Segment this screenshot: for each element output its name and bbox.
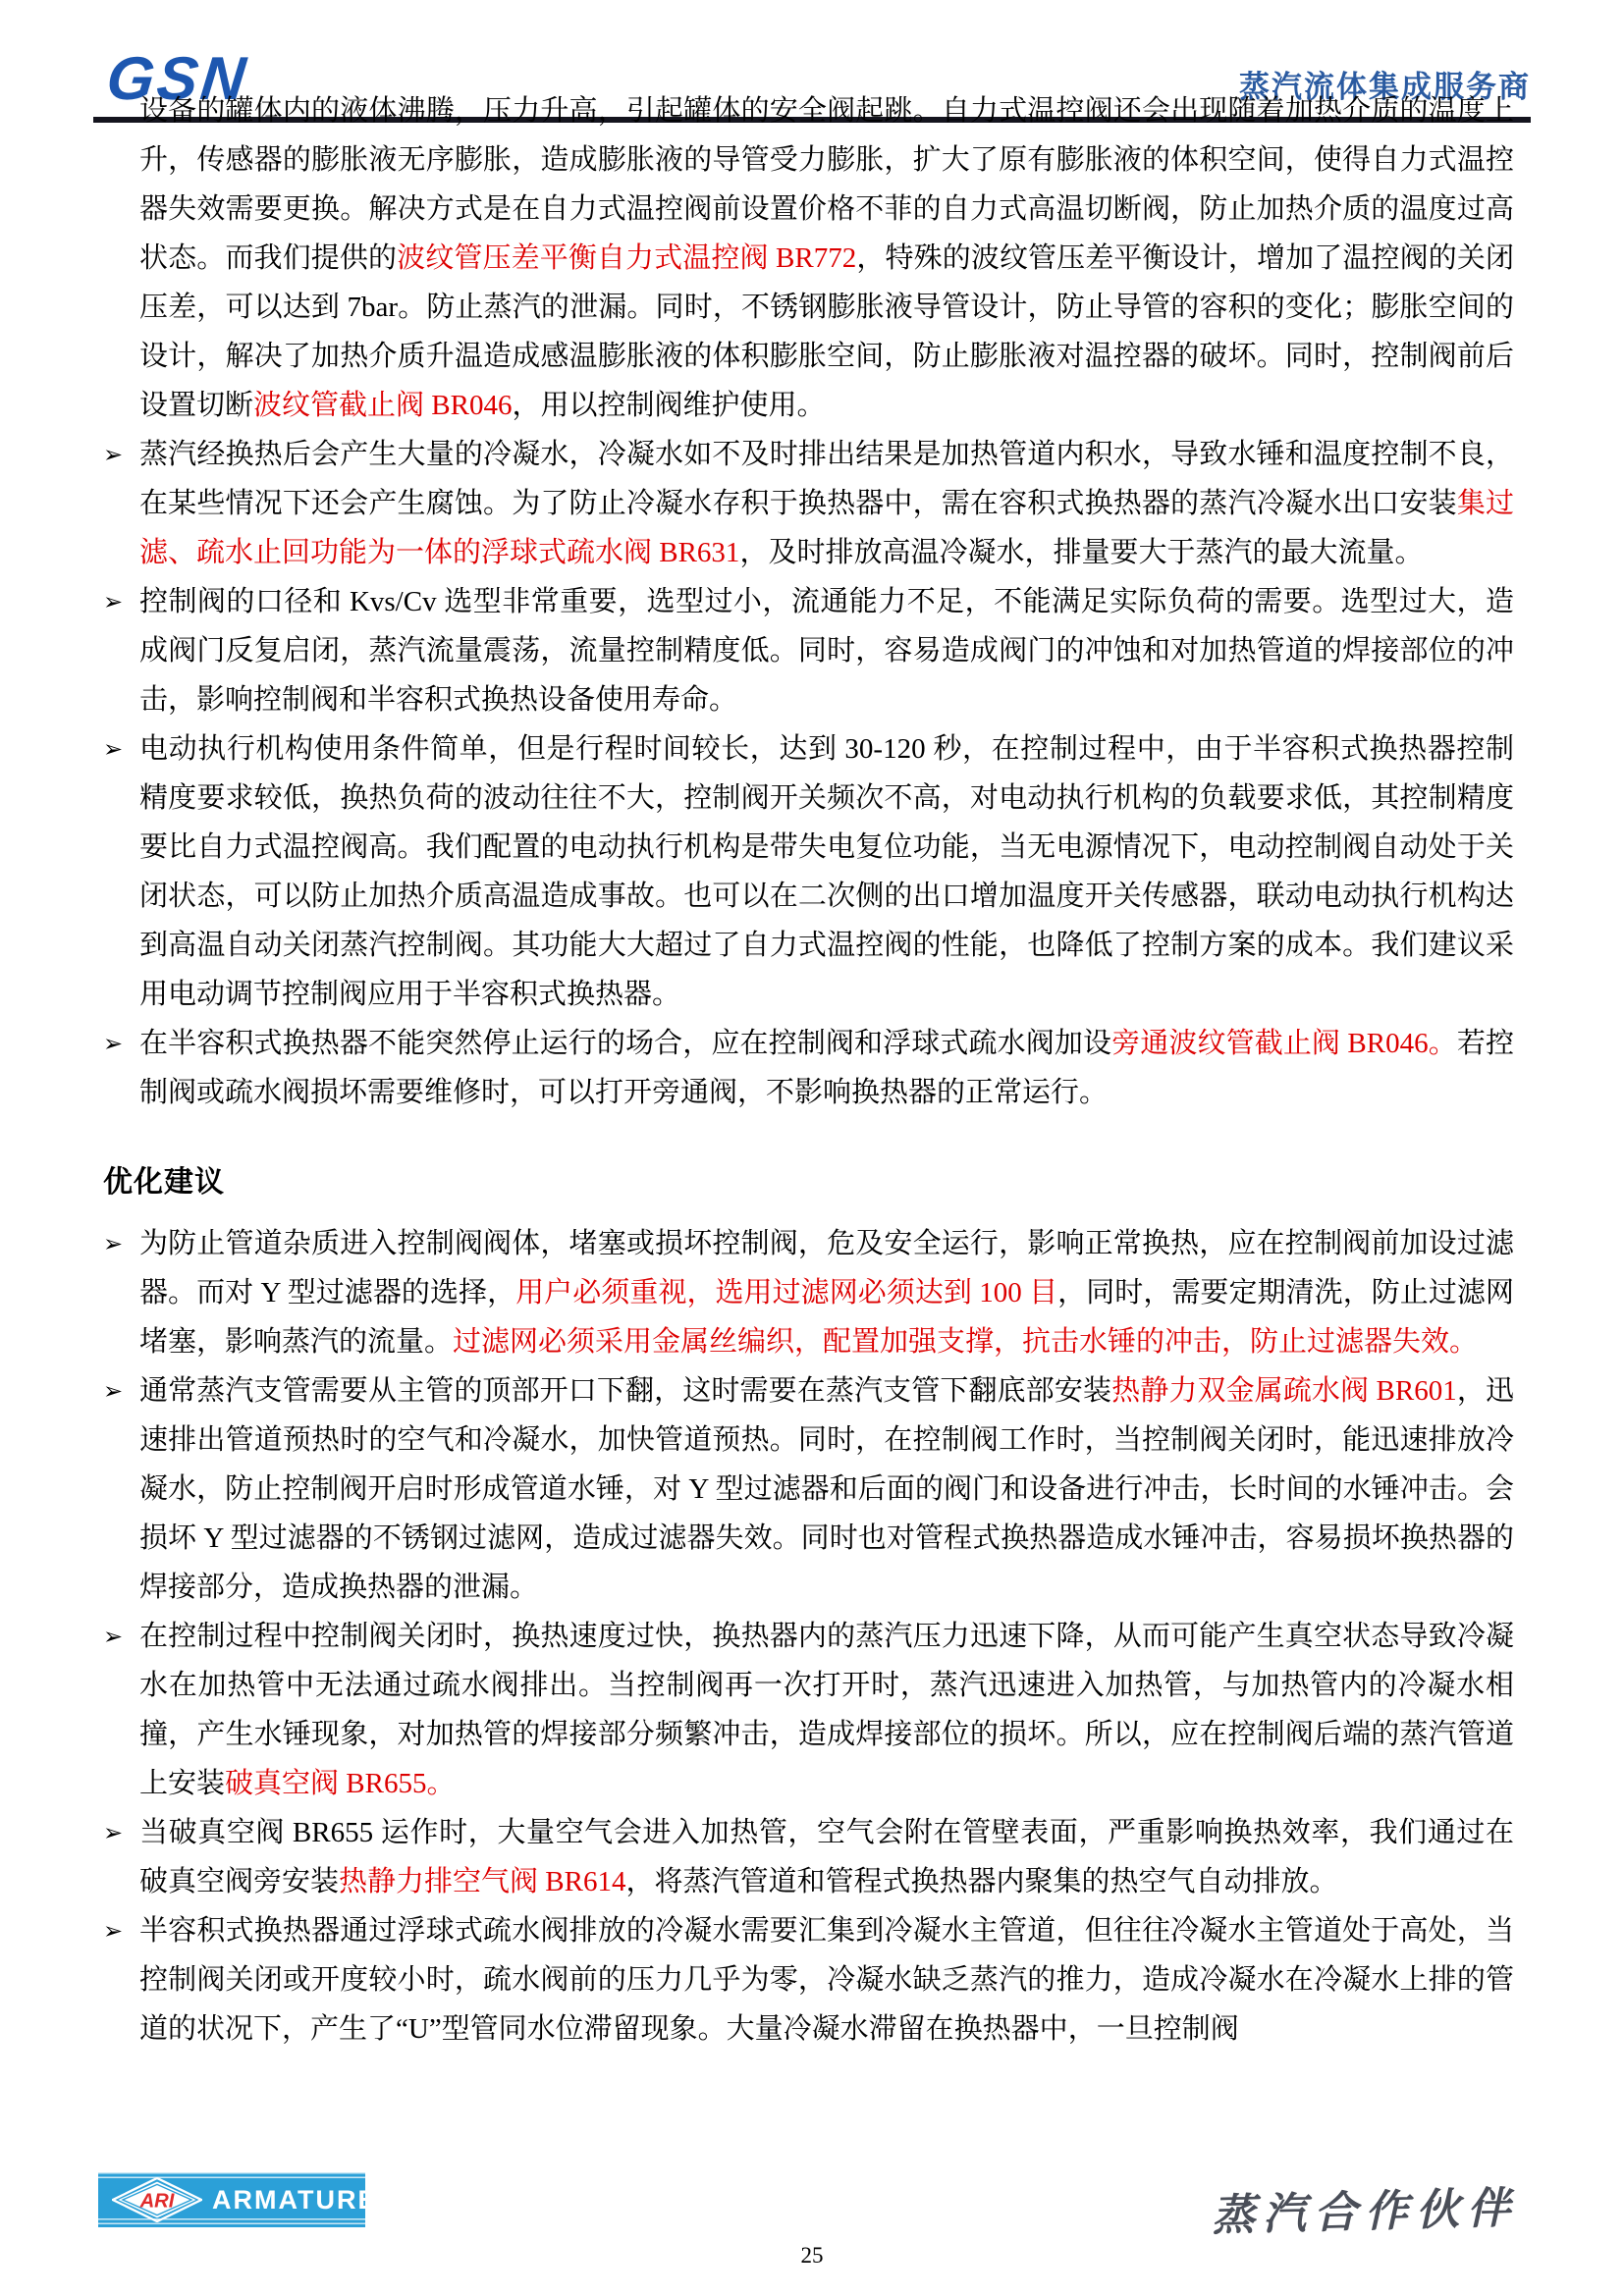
highlighted-product-text: 热静力双金属疏水阀 BR601	[1111, 1375, 1457, 1407]
bullet-text: 蒸汽经换热后会产生大量的冷凝水，冷凝水如不及时排出结果是加热管道内积水，导致水锤…	[139, 430, 1514, 577]
ari-diamond-icon: ARI	[112, 2177, 202, 2222]
bullet-arrow-icon: ➢	[103, 1019, 139, 1068]
highlighted-product-text: 破真空阀 BR655。	[225, 1768, 455, 1799]
bullet-list-optimize: ➢为防止管道杂质进入控制阀阀体，堵塞或损坏控制阀，危及安全运行，影响正常换热，应…	[103, 1219, 1514, 2054]
body-text: ，迅速排出管道预热时的空气和冷凝水，加快管道预热。同时，在控制阀工作时，当控制阀…	[139, 1375, 1514, 1603]
page-number: 25	[0, 2243, 1624, 2269]
bullet-item: ➢当破真空阀 BR655 运作时，大量空气会进入加热管，空气会附在管壁表面，严重…	[103, 1808, 1514, 1906]
ari-logo-text: ARI	[139, 2190, 175, 2212]
armaturen-label: ARMATUREN	[212, 2185, 399, 2216]
bullet-text: 当破真空阀 BR655 运作时，大量空气会进入加热管，空气会附在管壁表面，严重影…	[139, 1808, 1514, 1906]
body-text: 控制阀的口径和 Kvs/Cv 选型非常重要，选型过小，流通能力不足，不能满足实际…	[139, 586, 1514, 716]
bullet-text: 为防止管道杂质进入控制阀阀体，堵塞或损坏控制阀，危及安全运行，影响正常换热，应在…	[139, 1219, 1514, 1366]
body-text: 通常蒸汽支管需要从主管的顶部开口下翻，这时需要在蒸汽支管下翻底部安装	[139, 1375, 1111, 1407]
bullet-item: ➢蒸汽经换热后会产生大量的冷凝水，冷凝水如不及时排出结果是加热管道内积水，导致水…	[103, 430, 1514, 577]
bullet-arrow-icon: ➢	[103, 1808, 139, 1857]
bullet-arrow-icon: ➢	[103, 1219, 139, 1268]
highlighted-product-text: 过滤网必须采用金属丝编织，配置加强支撑，抗击水锤的冲击，防止过滤器失效。	[453, 1326, 1478, 1358]
bullet-arrow-icon: ➢	[103, 430, 139, 479]
bullet-arrow-icon: ➢	[103, 724, 139, 774]
partner-calligraphy-text: 蒸汽合作伙伴	[1211, 2172, 1519, 2243]
bullet-item: ➢在控制过程中控制阀关闭时，换热速度过快，换热器内的蒸汽压力迅速下降，从而可能产…	[103, 1612, 1514, 1808]
bullet-item: ➢电动执行机构使用条件简单，但是行程时间较长，达到 30-120 秒，在控制过程…	[103, 724, 1514, 1019]
page-footer: ARI ARMATUREN 25 蒸汽合作伙伴	[0, 2168, 1624, 2296]
bullet-text: 电动执行机构使用条件简单，但是行程时间较长，达到 30-120 秒，在控制过程中…	[139, 724, 1514, 1019]
body-text: ，用以控制阀维护使用。	[512, 390, 825, 421]
document-body: 设备的罐体内的液体沸腾，压力升高，引起罐体的安全阀起跳。自力式温控阀还会出现随着…	[103, 86, 1514, 2054]
bullet-arrow-icon: ➢	[103, 577, 139, 626]
bullet-arrow-icon: ➢	[103, 1366, 139, 1415]
bullet-item: ➢为防止管道杂质进入控制阀阀体，堵塞或损坏控制阀，危及安全运行，影响正常换热，应…	[103, 1219, 1514, 1366]
body-text: 在半容积式换热器不能突然停止运行的场合，应在控制阀和浮球式疏水阀加设	[139, 1028, 1111, 1059]
bullet-item: ➢半容积式换热器通过浮球式疏水阀排放的冷凝水需要汇集到冷凝水主管道，但往往冷凝水…	[103, 1906, 1514, 2054]
bullet-text: 在控制过程中控制阀关闭时，换热速度过快，换热器内的蒸汽压力迅速下降，从而可能产生…	[139, 1612, 1514, 1808]
bullet-text: 通常蒸汽支管需要从主管的顶部开口下翻，这时需要在蒸汽支管下翻底部安装热静力双金属…	[139, 1366, 1514, 1612]
body-text: ，将蒸汽管道和管程式换热器内聚集的热空气自动排放。	[625, 1866, 1337, 1897]
highlighted-product-text: 波纹管截止阀 BR046	[253, 390, 512, 421]
body-text: 电动执行机构使用条件简单，但是行程时间较长，达到 30-120 秒，在控制过程中…	[139, 733, 1514, 1010]
highlighted-product-text: 旁通波纹管截止阀 BR046。	[1111, 1028, 1457, 1059]
bullet-list-top: ➢蒸汽经换热后会产生大量的冷凝水，冷凝水如不及时排出结果是加热管道内积水，导致水…	[103, 430, 1514, 1117]
body-text: 半容积式换热器通过浮球式疏水阀排放的冷凝水需要汇集到冷凝水主管道，但往往冷凝水主…	[139, 1915, 1514, 2045]
bullet-arrow-icon: ➢	[103, 1906, 139, 1955]
body-text: ，及时排放高温冷凝水，排量要大于蒸汽的最大流量。	[739, 537, 1423, 568]
bullet-item: ➢通常蒸汽支管需要从主管的顶部开口下翻，这时需要在蒸汽支管下翻底部安装热静力双金…	[103, 1366, 1514, 1612]
highlighted-product-text: 波纹管压差平衡自力式温控阀 BR772	[397, 242, 856, 274]
ari-armaturen-logo: ARI ARMATUREN	[98, 2172, 365, 2227]
bullet-item: ➢控制阀的口径和 Kvs/Cv 选型非常重要，选型过小，流通能力不足，不能满足实…	[103, 577, 1514, 724]
bullet-text: 控制阀的口径和 Kvs/Cv 选型非常重要，选型过小，流通能力不足，不能满足实际…	[139, 577, 1514, 724]
highlighted-product-text: 用户必须重视，选用过滤网必须达到 100 目	[515, 1277, 1057, 1308]
intro-paragraph: 设备的罐体内的液体沸腾，压力升高，引起罐体的安全阀起跳。自力式温控阀还会出现随着…	[139, 86, 1514, 430]
body-text: 蒸汽经换热后会产生大量的冷凝水，冷凝水如不及时排出结果是加热管道内积水，导致水锤…	[139, 439, 1514, 519]
section-heading: 优化建议	[103, 1158, 1514, 1207]
bullet-arrow-icon: ➢	[103, 1612, 139, 1661]
bullet-item: ➢在半容积式换热器不能突然停止运行的场合，应在控制阀和浮球式疏水阀加设旁通波纹管…	[103, 1019, 1514, 1117]
bullet-text: 半容积式换热器通过浮球式疏水阀排放的冷凝水需要汇集到冷凝水主管道，但往往冷凝水主…	[139, 1906, 1514, 2054]
bullet-text: 在半容积式换热器不能突然停止运行的场合，应在控制阀和浮球式疏水阀加设旁通波纹管截…	[139, 1019, 1514, 1117]
highlighted-product-text: 热静力排空气阀 BR614	[339, 1866, 625, 1897]
